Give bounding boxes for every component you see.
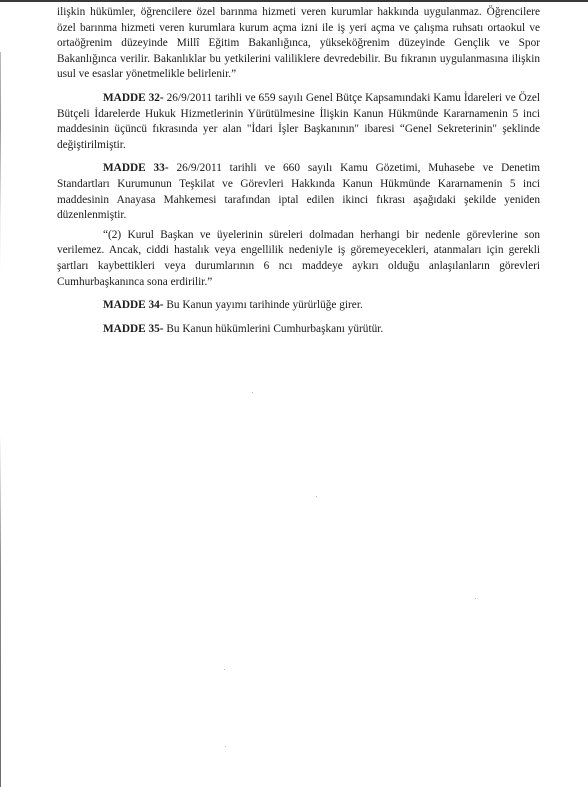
continuation-paragraph: ilişkin hükümler, öğrencilere özel barın… <box>57 5 540 83</box>
article-33-quoted-paragraph: “(2) Kurul Başkan ve üyelerinin süreleri… <box>57 228 540 290</box>
document-page: ilişkin hükümler, öğrencilere özel barın… <box>57 5 540 337</box>
scan-speck <box>475 598 476 599</box>
article-34-label: MADDE 34- <box>103 299 164 311</box>
article-32-label: MADDE 32- <box>103 92 164 104</box>
article-33: MADDE 33- 26/9/2011 tarihli ve 660 sayıl… <box>57 161 540 223</box>
scan-speck <box>316 496 317 497</box>
scan-left-edge <box>0 52 1 787</box>
scan-speck <box>224 669 225 670</box>
article-35-label: MADDE 35- <box>103 323 164 335</box>
scan-speck <box>252 392 253 393</box>
article-32: MADDE 32- 26/9/2011 tarihli ve 659 sayıl… <box>57 91 540 153</box>
article-35: MADDE 35- Bu Kanun hükümlerini Cumhurbaş… <box>57 322 540 338</box>
article-33-label: MADDE 33- <box>103 162 169 174</box>
article-34-text: Bu Kanun yayımı tarihinde yürürlüğe gire… <box>164 299 363 311</box>
scan-top-border <box>0 0 588 2</box>
article-34: MADDE 34- Bu Kanun yayımı tarihinde yürü… <box>57 298 540 314</box>
article-35-text: Bu Kanun hükümlerini Cumhurbaşkanı yürüt… <box>164 323 384 335</box>
scan-speck <box>225 746 226 747</box>
